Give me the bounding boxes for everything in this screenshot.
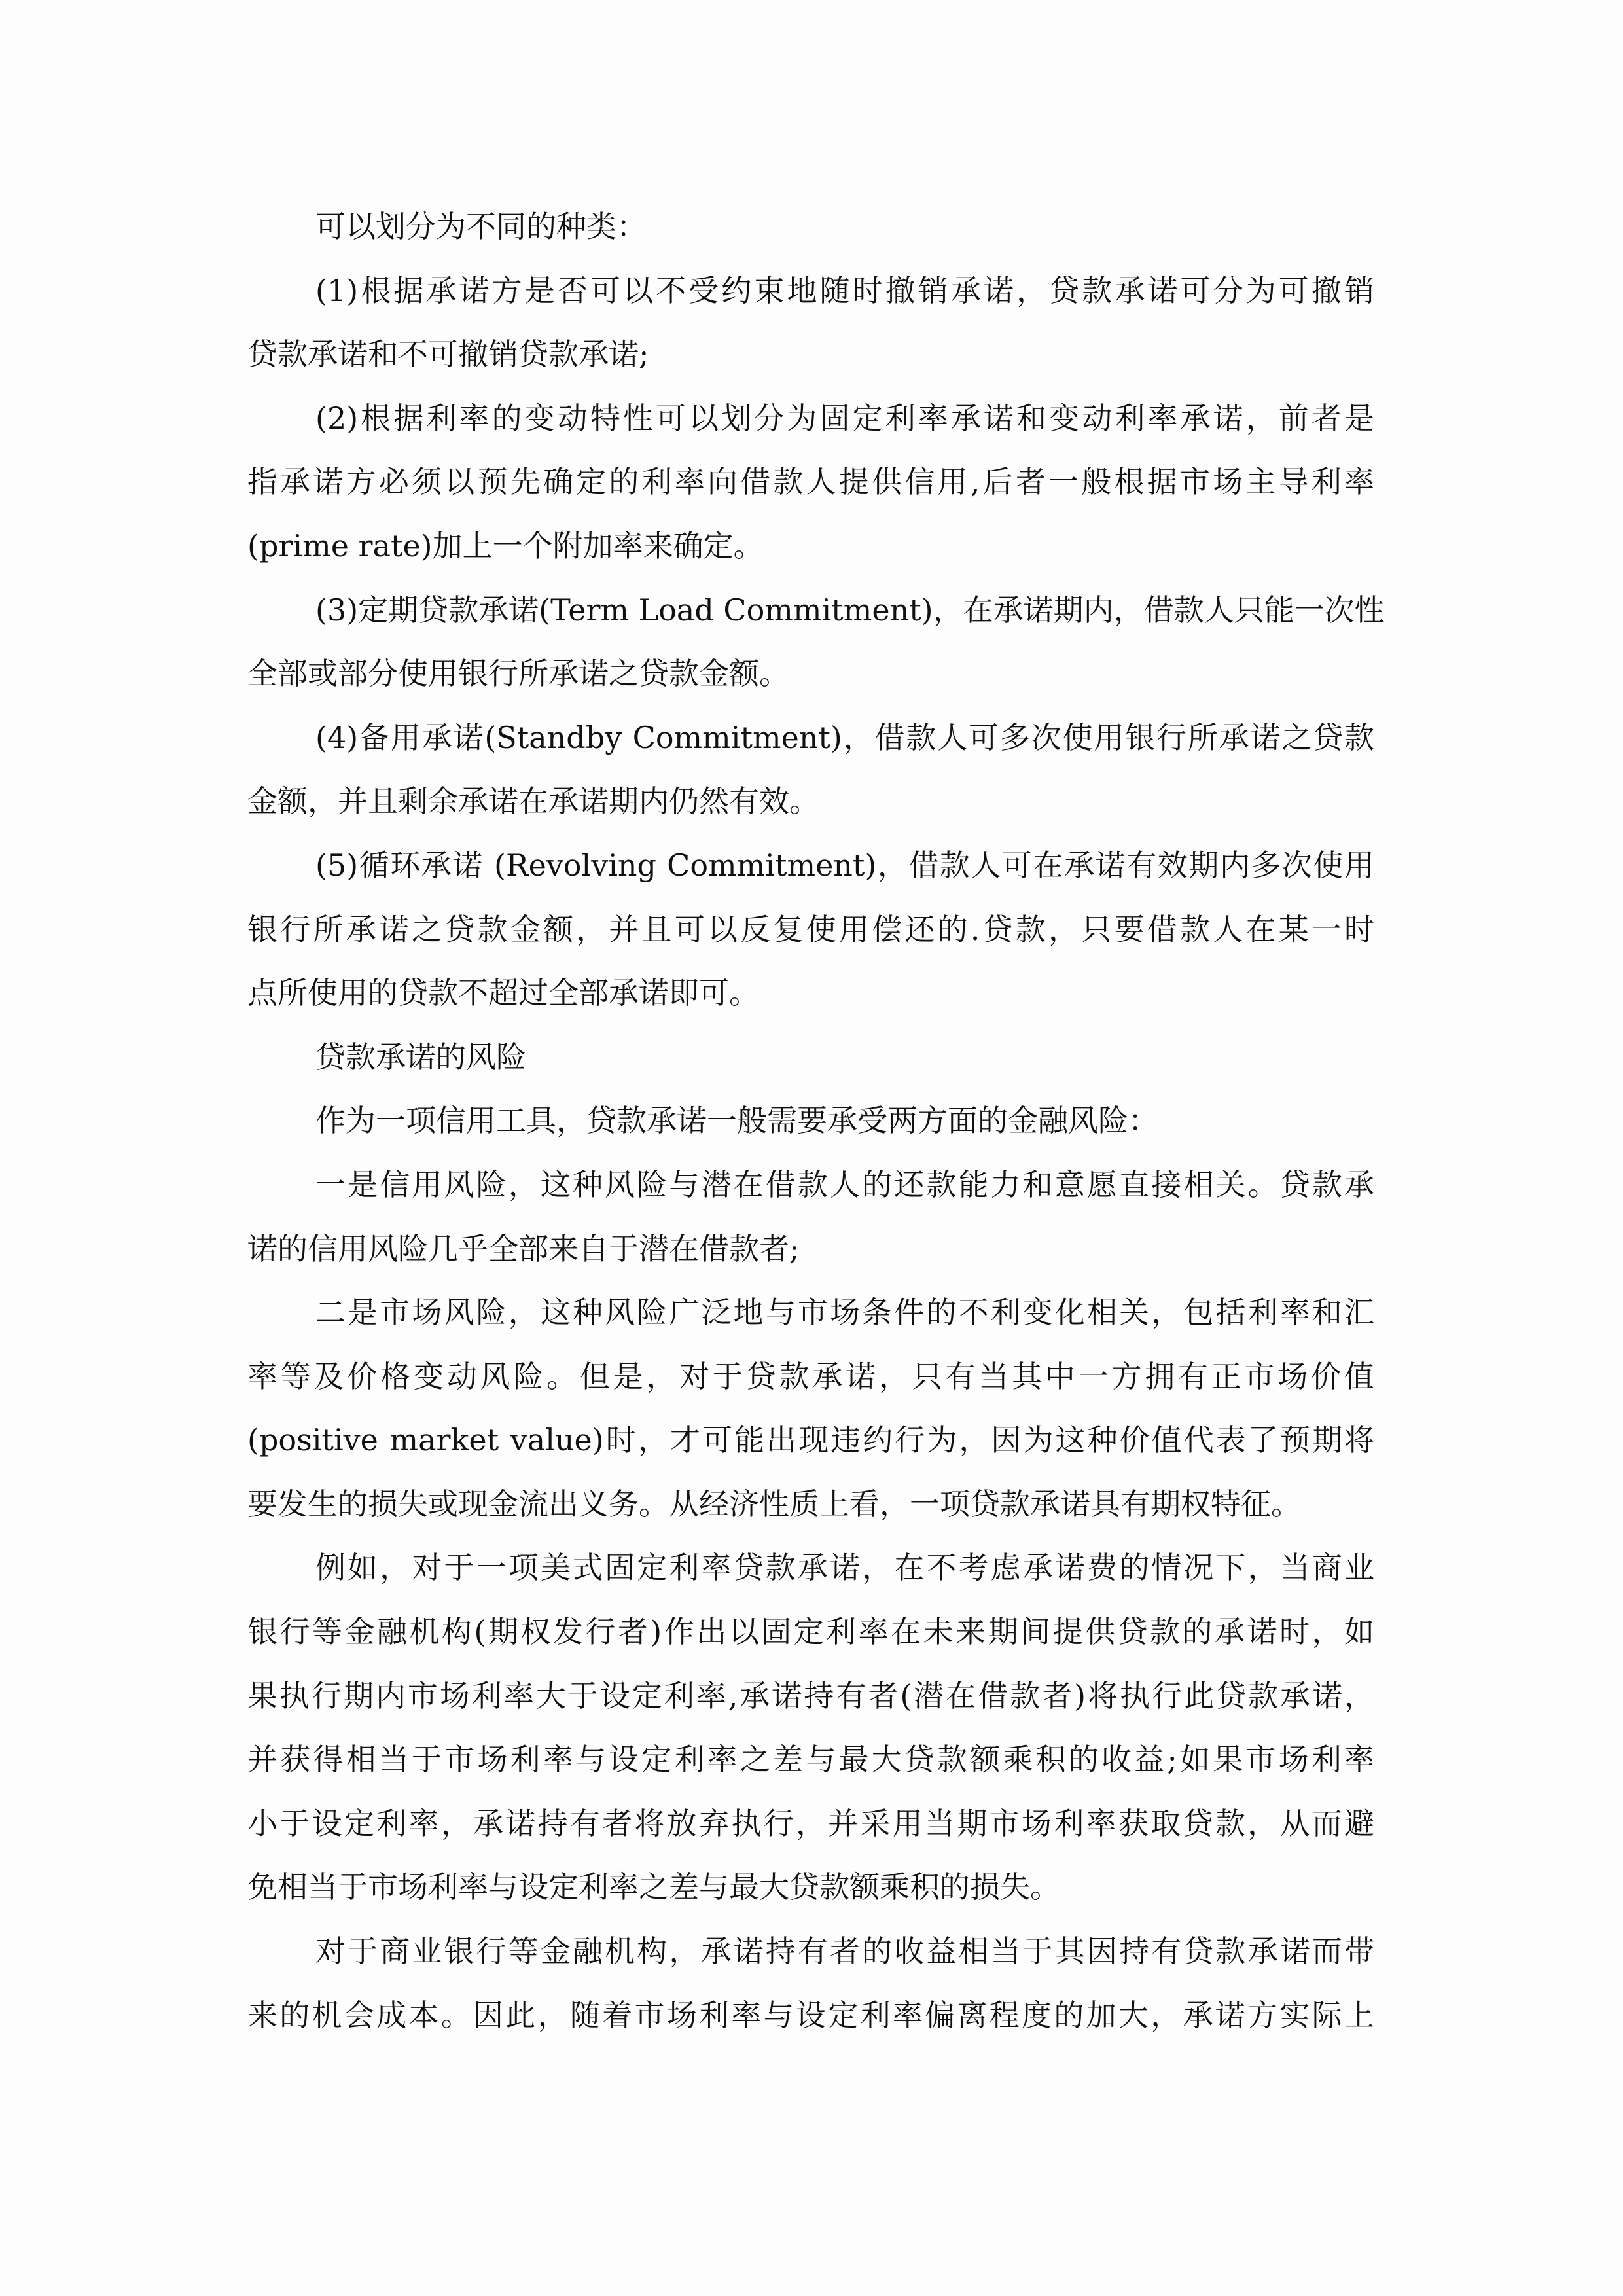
- text-line-20: (positive market value)时，才可能出现违约行为，因为这种价…: [247, 1408, 1374, 1473]
- text-line-11: (5)循环承诺 (Revolving Commitment)，借款人可在承诺有效…: [247, 834, 1374, 898]
- text-line-5: 指承诺方必须以预先确定的利率向借款人提供信用,后者一般根据市场主导利率: [247, 450, 1374, 514]
- text-line-2: (1)根据承诺方是否可以不受约束地随时撤销承诺，贷款承诺可分为可撤销: [247, 259, 1374, 323]
- text-line-8: 全部或部分使用银行所承诺之贷款金额。: [247, 642, 1374, 706]
- text-line-16: 一是信用风险，这种风险与潜在借款人的还款能力和意愿直接相关。贷款承: [247, 1153, 1374, 1217]
- text-line-17: 诺的信用风险几乎全部来自于潜在借款者;: [247, 1217, 1374, 1282]
- text-line-26: 小于设定利率，承诺持有者将放弃执行，并采用当期市场利率获取贷款，从而避: [247, 1792, 1374, 1856]
- text-line-27: 免相当于市场利率与设定利率之差与最大贷款额乘积的损失。: [247, 1856, 1374, 1920]
- body-text: 可以划分为不同的种类： (1)根据承诺方是否可以不受约束地随时撤销承诺，贷款承诺…: [247, 195, 1374, 2047]
- text-line-25: 并获得相当于市场利率与设定利率之差与最大贷款额乘积的收益;如果市场利率: [247, 1728, 1374, 1792]
- text-line-9: (4)备用承诺(Standby Commitment)，借款人可多次使用银行所承…: [247, 706, 1374, 770]
- text-line-19: 率等及价格变动风险。但是，对于贷款承诺，只有当其中一方拥有正市场价值: [247, 1345, 1374, 1409]
- text-line-15: 作为一项信用工具，贷款承诺一般需要承受两方面的金融风险：: [247, 1089, 1374, 1153]
- text-line-29: 来的机会成本。因此，随着市场利率与设定利率偏离程度的加大，承诺方实际上: [247, 1984, 1374, 2048]
- section-heading: 贷款承诺的风险: [247, 1026, 1374, 1090]
- text-line-10: 金额，并且剩余承诺在承诺期内仍然有效。: [247, 770, 1374, 834]
- text-line-28: 对于商业银行等金融机构，承诺持有者的收益相当于其因持有贷款承诺而带: [247, 1920, 1374, 1984]
- text-line-13: 点所使用的贷款不超过全部承诺即可。: [247, 961, 1374, 1026]
- text-line-4: (2)根据利率的变动特性可以划分为固定利率承诺和变动利率承诺，前者是: [247, 387, 1374, 451]
- text-line-24: 果执行期内市场利率大于设定利率,承诺持有者(潜在借款者)将执行此贷款承诺，: [247, 1664, 1374, 1729]
- text-line-18: 二是市场风险，这种风险广泛地与市场条件的不利变化相关，包括利率和汇: [247, 1281, 1374, 1345]
- text-line-23: 银行等金融机构(期权发行者)作出以固定利率在未来期间提供贷款的承诺时，如: [247, 1600, 1374, 1664]
- text-line-12: 银行所承诺之贷款金额，并且可以反复使用偿还的.贷款，只要借款人在某一时: [247, 898, 1374, 962]
- text-line-1: 可以划分为不同的种类：: [247, 195, 1374, 259]
- text-line-22: 例如，对于一项美式固定利率贷款承诺，在不考虑承诺费的情况下，当商业: [247, 1536, 1374, 1600]
- text-line-7: (3)定期贷款承诺(Term Load Commitment)，在承诺期内，借款…: [247, 579, 1374, 643]
- text-line-3: 贷款承诺和不可撤销贷款承诺;: [247, 323, 1374, 387]
- text-line-6: (prime rate)加上一个附加率来确定。: [247, 514, 1374, 579]
- document-page: 可以划分为不同的种类： (1)根据承诺方是否可以不受约束地随时撤销承诺，贷款承诺…: [0, 0, 1623, 2296]
- text-line-21: 要发生的损失或现金流出义务。从经济性质上看，一项贷款承诺具有期权特征。: [247, 1473, 1374, 1537]
